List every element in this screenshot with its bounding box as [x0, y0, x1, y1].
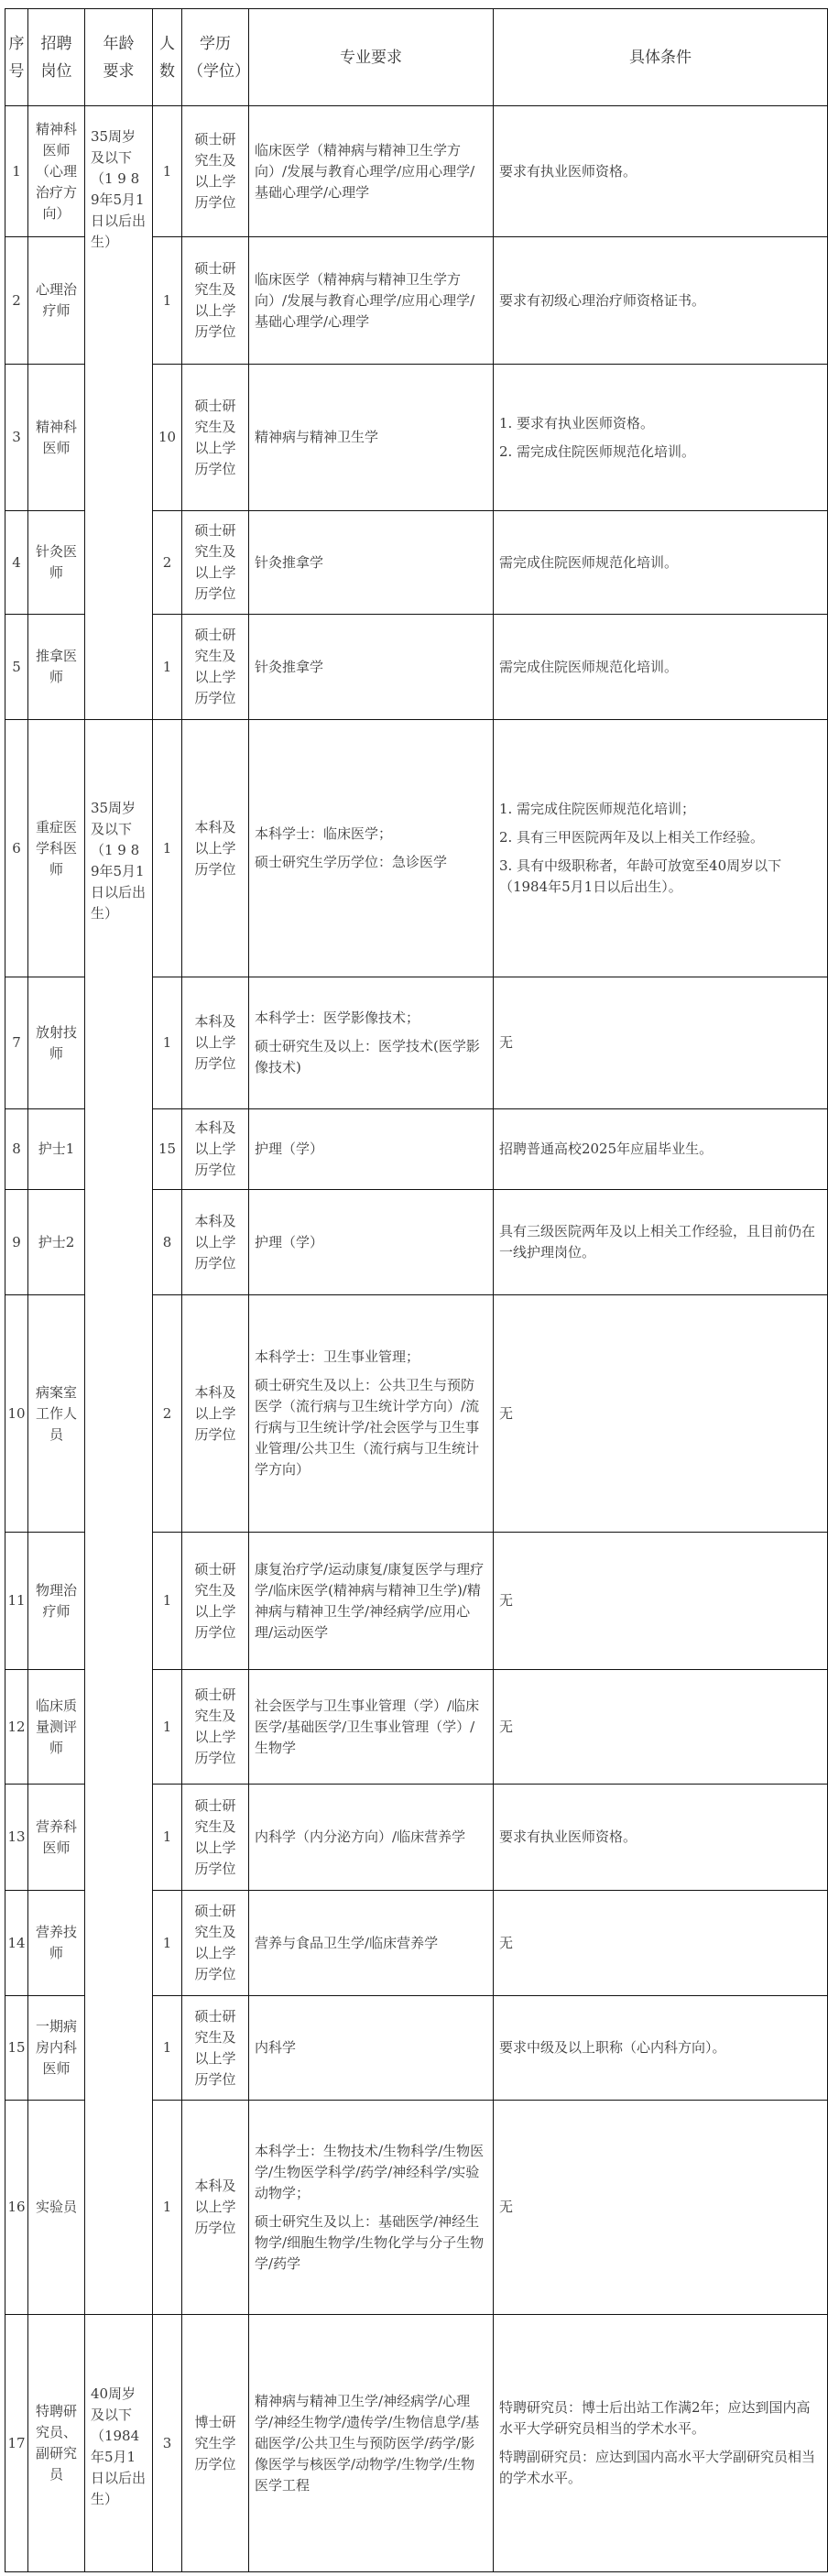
row-major: 营养与食品卫生学/临床营养学	[249, 1891, 494, 1996]
major-line: 硕士研究生及以上：医学技术(医学影像技术)	[255, 1036, 487, 1078]
major-line: 精神病与精神卫生学/神经病学/心理学/神经生物学/遗传学/生物信息学/基础医学/…	[255, 2391, 487, 2496]
row-conditions: 需完成住院医师规范化培训。	[493, 615, 827, 720]
major-line: 内科学（内分泌方向）/临床营养学	[255, 1827, 487, 1848]
row-education: 硕士研究生及以上学历学位	[182, 106, 249, 237]
condition-line: 2. 具有三甲医院两年及以上相关工作经验。	[499, 827, 822, 848]
row-count: 15	[152, 1109, 181, 1190]
row-conditions: 要求有执业医师资格。	[493, 106, 827, 237]
row-major: 社会医学与卫生事业管理（学）/临床医学/基础医学/卫生事业管理（学）/生物学	[249, 1670, 494, 1785]
row-major: 本科学士：生物技术/生物科学/生物医学/生物医学科学/药学/神经科学/实验动物学…	[249, 2101, 494, 2315]
header-row: 序 号 招聘 岗位 年龄 要求 人 数 学历 （学位） 专业要求 具体条件	[5, 9, 828, 106]
header-major: 专业要求	[249, 9, 494, 106]
header-conditions: 具体条件	[493, 9, 827, 106]
row-count: 1	[152, 720, 181, 977]
table-row: 1精神科医师（心理治疗方向）35周岁及以下（1 9 8 9年5月1日以后出生）1…	[5, 106, 828, 237]
row-education: 硕士研究生及以上学历学位	[182, 237, 249, 365]
condition-line: 需完成住院医师规范化培训。	[499, 657, 822, 678]
major-line: 临床医学（精神病与精神卫生学方向）/发展与教育心理学/应用心理学/基础心理学/心…	[255, 269, 487, 333]
row-count: 1	[152, 1670, 181, 1785]
recruitment-table: 序 号 招聘 岗位 年龄 要求 人 数 学历 （学位） 专业要求 具体条件 1精…	[5, 8, 828, 2572]
row-position: 病案室工作人员	[27, 1295, 84, 1533]
row-position: 物理治疗师	[27, 1533, 84, 1670]
major-line: 康复治疗学/运动康复/康复医学与理疗学/临床医学(精神病与精神卫生学)/精神病与…	[255, 1559, 487, 1643]
major-line: 本科学士：生物技术/生物科学/生物医学/生物医学科学/药学/神经科学/实验动物学…	[255, 2141, 487, 2204]
row-conditions: 招聘普通高校2025年应届毕业生。	[493, 1109, 827, 1190]
row-age: 35周岁及以下（1 9 8 9年5月1日以后出生）	[84, 720, 152, 2315]
row-major: 针灸推拿学	[249, 615, 494, 720]
condition-line: 要求中级及以上职称（心内科方向）。	[499, 2037, 822, 2058]
row-conditions: 1. 需完成住院医师规范化培训；2. 具有三甲医院两年及以上相关工作经验。3. …	[493, 720, 827, 977]
condition-line: 无	[499, 1032, 822, 1053]
major-line: 硕士研究生学历学位：急诊医学	[255, 852, 487, 873]
condition-line: 特聘副研究员：应达到国内高水平大学副研究员相当的学术水平。	[499, 2447, 822, 2489]
condition-line: 招聘普通高校2025年应届毕业生。	[499, 1139, 822, 1160]
row-education: 本科及以上学历学位	[182, 1109, 249, 1190]
row-education: 本科及以上学历学位	[182, 2101, 249, 2315]
row-major: 内科学	[249, 1996, 494, 2101]
row-position: 营养技师	[27, 1891, 84, 1996]
row-position: 针灸医师	[27, 511, 84, 615]
row-position: 特聘研究员、副研究员	[27, 2315, 84, 2572]
row-education: 本科及以上学历学位	[182, 1295, 249, 1533]
row-education: 本科及以上学历学位	[182, 977, 249, 1109]
condition-line: 要求有执业医师资格。	[499, 1827, 822, 1848]
age-requirement: 35周岁及以下（1 9 8 9年5月1日以后出生）	[91, 798, 147, 924]
row-position: 一期病房内科医师	[27, 1996, 84, 2101]
row-conditions: 无	[493, 1533, 827, 1670]
row-count: 8	[152, 1190, 181, 1295]
row-education: 硕士研究生及以上学历学位	[182, 1670, 249, 1785]
row-position: 护士1	[27, 1109, 84, 1190]
row-conditions: 无	[493, 977, 827, 1109]
major-line: 内科学	[255, 2037, 487, 2058]
row-seq: 6	[5, 720, 28, 977]
row-seq: 3	[5, 365, 28, 511]
condition-line: 2. 需完成住院医师规范化培训。	[499, 442, 822, 463]
row-age: 40周岁及以下（1984年5月1日以后出生）	[84, 2315, 152, 2572]
header-seq: 序 号	[5, 9, 28, 106]
row-position: 精神科医师（心理治疗方向）	[27, 106, 84, 237]
major-line: 营养与食品卫生学/临床营养学	[255, 1933, 487, 1954]
row-position: 实验员	[27, 2101, 84, 2315]
row-education: 硕士研究生及以上学历学位	[182, 365, 249, 511]
row-count: 2	[152, 511, 181, 615]
table-row: 6重症医学科医师35周岁及以下（1 9 8 9年5月1日以后出生）1本科及以上学…	[5, 720, 828, 977]
row-position: 营养科医师	[27, 1785, 84, 1891]
major-line: 本科学士：医学影像技术；	[255, 1008, 487, 1029]
row-seq: 7	[5, 977, 28, 1109]
row-count: 10	[152, 365, 181, 511]
row-major: 精神病与精神卫生学/神经病学/心理学/神经生物学/遗传学/生物信息学/基础医学/…	[249, 2315, 494, 2572]
row-count: 1	[152, 977, 181, 1109]
condition-line: 特聘研究员：博士后出站工作满2年；应达到国内高水平大学研究员相当的学术水平。	[499, 2397, 822, 2440]
row-age: 35周岁及以下（1 9 8 9年5月1日以后出生）	[84, 106, 152, 720]
row-major: 内科学（内分泌方向）/临床营养学	[249, 1785, 494, 1891]
row-conditions: 具有三级医院两年及以上相关工作经验，且目前仍在一线护理岗位。	[493, 1190, 827, 1295]
row-education: 本科及以上学历学位	[182, 1190, 249, 1295]
major-line: 针灸推拿学	[255, 552, 487, 573]
row-seq: 1	[5, 106, 28, 237]
condition-line: 1. 要求有执业医师资格。	[499, 413, 822, 434]
header-count-line2: 数	[159, 62, 175, 81]
row-seq: 9	[5, 1190, 28, 1295]
row-count: 1	[152, 1533, 181, 1670]
row-position: 心理治疗师	[27, 237, 84, 365]
row-education: 硕士研究生及以上学历学位	[182, 511, 249, 615]
row-major: 针灸推拿学	[249, 511, 494, 615]
row-position: 护士2	[27, 1190, 84, 1295]
major-line: 硕士研究生及以上：基础医学/神经生物学/细胞生物学/生物化学与分子生物学/药学	[255, 2211, 487, 2275]
condition-line: 要求有执业医师资格。	[499, 161, 822, 182]
row-conditions: 需完成住院医师规范化培训。	[493, 511, 827, 615]
condition-line: 1. 需完成住院医师规范化培训；	[499, 799, 822, 820]
row-seq: 10	[5, 1295, 28, 1533]
condition-line: 具有三级医院两年及以上相关工作经验，且目前仍在一线护理岗位。	[499, 1221, 822, 1263]
row-conditions: 要求有初级心理治疗师资格证书。	[493, 237, 827, 365]
row-major: 临床医学（精神病与精神卫生学方向）/发展与教育心理学/应用心理学/基础心理学/心…	[249, 237, 494, 365]
row-count: 1	[152, 1891, 181, 1996]
major-line: 社会医学与卫生事业管理（学）/临床医学/基础医学/卫生事业管理（学）/生物学	[255, 1696, 487, 1759]
major-line: 硕士研究生及以上：公共卫生与预防医学（流行病与卫生统计学方向）/流行病与卫生统计…	[255, 1375, 487, 1480]
row-education: 博士研究生学历学位	[182, 2315, 249, 2572]
header-age-line2: 要求	[103, 62, 134, 81]
row-seq: 8	[5, 1109, 28, 1190]
row-position: 放射技师	[27, 977, 84, 1109]
row-education: 硕士研究生及以上学历学位	[182, 1533, 249, 1670]
condition-line: 无	[499, 1933, 822, 1954]
header-seq-line1: 序	[8, 35, 24, 53]
header-count-line1: 人	[159, 35, 175, 53]
row-major: 本科学士：卫生事业管理；硕士研究生及以上：公共卫生与预防医学（流行病与卫生统计学…	[249, 1295, 494, 1533]
major-line: 临床医学（精神病与精神卫生学方向）/发展与教育心理学/应用心理学/基础心理学/心…	[255, 140, 487, 203]
row-position: 临床质量测评师	[27, 1670, 84, 1785]
row-seq: 11	[5, 1533, 28, 1670]
row-count: 1	[152, 1785, 181, 1891]
row-major: 本科学士：医学影像技术；硕士研究生及以上：医学技术(医学影像技术)	[249, 977, 494, 1109]
age-requirement: 35周岁及以下（1 9 8 9年5月1日以后出生）	[91, 126, 147, 253]
row-count: 1	[152, 106, 181, 237]
row-major: 康复治疗学/运动康复/康复医学与理疗学/临床医学(精神病与精神卫生学)/精神病与…	[249, 1533, 494, 1670]
row-seq: 16	[5, 2101, 28, 2315]
row-seq: 2	[5, 237, 28, 365]
header-count: 人 数	[152, 9, 181, 106]
row-major: 护理（学）	[249, 1109, 494, 1190]
header-position-line1: 招聘	[40, 35, 71, 53]
row-conditions: 1. 要求有执业医师资格。2. 需完成住院医师规范化培训。	[493, 365, 827, 511]
row-major: 本科学士：临床医学；硕士研究生学历学位：急诊医学	[249, 720, 494, 977]
condition-line: 无	[499, 1403, 822, 1424]
header-position-line2: 岗位	[40, 62, 71, 81]
major-line: 本科学士：卫生事业管理；	[255, 1347, 487, 1368]
age-requirement: 40周岁及以下（1984年5月1日以后出生）	[91, 2384, 147, 2510]
row-conditions: 无	[493, 1295, 827, 1533]
major-line: 本科学士：临床医学；	[255, 824, 487, 845]
condition-line: 需完成住院医师规范化培训。	[499, 552, 822, 573]
table-row: 17特聘研究员、副研究员40周岁及以下（1984年5月1日以后出生）3博士研究生…	[5, 2315, 828, 2572]
row-seq: 14	[5, 1891, 28, 1996]
row-education: 硕士研究生及以上学历学位	[182, 1785, 249, 1891]
major-line: 精神病与精神卫生学	[255, 427, 487, 448]
header-position: 招聘 岗位	[27, 9, 84, 106]
major-line: 护理（学）	[255, 1139, 487, 1160]
row-seq: 12	[5, 1670, 28, 1785]
row-seq: 13	[5, 1785, 28, 1891]
row-conditions: 无	[493, 1891, 827, 1996]
major-line: 护理（学）	[255, 1232, 487, 1253]
condition-line: 无	[499, 1590, 822, 1611]
major-line: 针灸推拿学	[255, 657, 487, 678]
condition-line: 无	[499, 2197, 822, 2218]
row-conditions: 特聘研究员：博士后出站工作满2年；应达到国内高水平大学研究员相当的学术水平。特聘…	[493, 2315, 827, 2572]
row-conditions: 无	[493, 1670, 827, 1785]
row-position: 重症医学科医师	[27, 720, 84, 977]
header-education: 学历 （学位）	[182, 9, 249, 106]
row-seq: 4	[5, 511, 28, 615]
row-count: 1	[152, 615, 181, 720]
row-seq: 15	[5, 1996, 28, 2101]
row-seq: 17	[5, 2315, 28, 2572]
row-education: 硕士研究生及以上学历学位	[182, 1891, 249, 1996]
row-education: 本科及以上学历学位	[182, 720, 249, 977]
row-count: 1	[152, 2101, 181, 2315]
condition-line: 无	[499, 1717, 822, 1738]
row-count: 1	[152, 1996, 181, 2101]
row-education: 硕士研究生及以上学历学位	[182, 1996, 249, 2101]
row-major: 护理（学）	[249, 1190, 494, 1295]
row-conditions: 无	[493, 2101, 827, 2315]
row-position: 推拿医师	[27, 615, 84, 720]
row-conditions: 要求中级及以上职称（心内科方向）。	[493, 1996, 827, 2101]
header-age: 年龄 要求	[84, 9, 152, 106]
header-education-line2: （学位）	[188, 62, 250, 81]
header-age-line1: 年龄	[103, 35, 134, 53]
row-major: 精神病与精神卫生学	[249, 365, 494, 511]
condition-line: 3. 具有中级职称者，年龄可放宽至40周岁以下（1984年5月1日以后出生）。	[499, 856, 822, 898]
header-seq-line2: 号	[8, 62, 24, 81]
condition-line: 要求有初级心理治疗师资格证书。	[499, 290, 822, 311]
header-education-line1: 学历	[200, 35, 231, 53]
row-conditions: 要求有执业医师资格。	[493, 1785, 827, 1891]
row-position: 精神科医师	[27, 365, 84, 511]
row-education: 硕士研究生及以上学历学位	[182, 615, 249, 720]
row-count: 3	[152, 2315, 181, 2572]
row-seq: 5	[5, 615, 28, 720]
row-count: 2	[152, 1295, 181, 1533]
row-major: 临床医学（精神病与精神卫生学方向）/发展与教育心理学/应用心理学/基础心理学/心…	[249, 106, 494, 237]
row-count: 1	[152, 237, 181, 365]
